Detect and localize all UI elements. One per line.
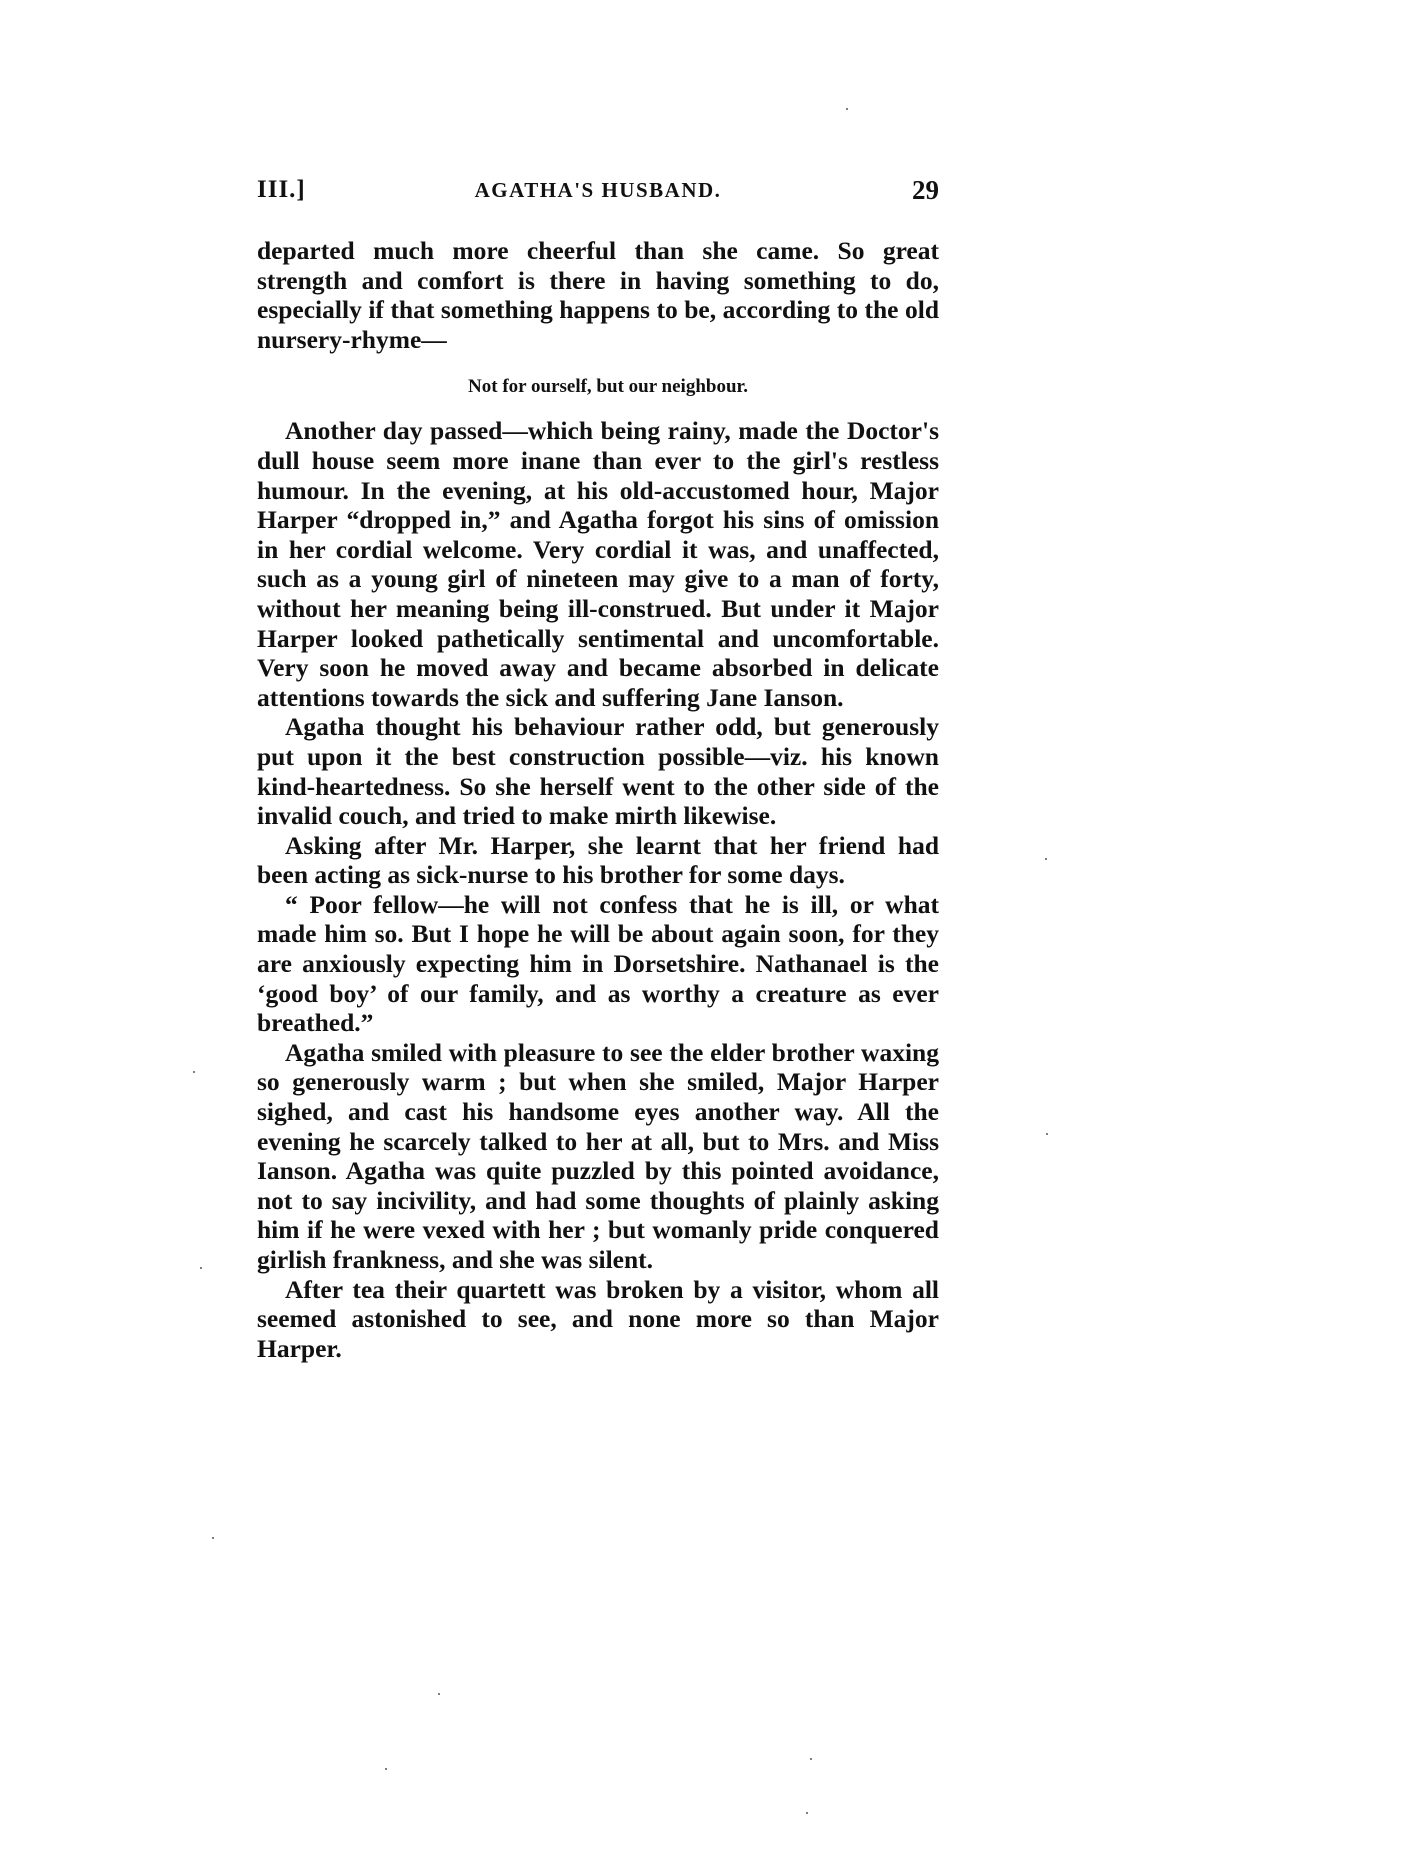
paragraph: Another day passed—which being rainy, ma… xyxy=(257,416,939,712)
page-number: 29 xyxy=(912,170,939,210)
scan-speck xyxy=(385,1768,387,1770)
scan-speck xyxy=(806,1812,808,1814)
scan-speck xyxy=(212,1537,214,1539)
running-title: AGATHA'S HUSBAND. xyxy=(257,170,939,210)
scan-speck xyxy=(200,1267,202,1269)
scan-speck xyxy=(193,1071,195,1073)
paragraph: “ Poor fellow—he will not confess that h… xyxy=(257,890,939,1038)
paragraph: Agatha smiled with pleasure to see the e… xyxy=(257,1038,939,1275)
scan-speck xyxy=(810,1758,812,1760)
verse-quotation: Not for ourself, but our neighbour. xyxy=(257,374,939,400)
scan-speck xyxy=(438,1693,440,1695)
scan-speck xyxy=(1045,858,1047,860)
paragraph: After tea their quartett was broken by a… xyxy=(257,1275,939,1364)
running-head: III.] AGATHA'S HUSBAND. 29 xyxy=(257,170,939,210)
paragraph: departed much more cheerful than she cam… xyxy=(257,236,939,354)
paragraph: Agatha thought his behaviour rather odd,… xyxy=(257,712,939,830)
paragraph: Asking after Mr. Harper, she learnt that… xyxy=(257,831,939,890)
scan-speck xyxy=(1046,1133,1048,1135)
scan-speck xyxy=(846,108,848,110)
book-page: III.] AGATHA'S HUSBAND. 29 departed much… xyxy=(257,170,939,1363)
body-text: departed much more cheerful than she cam… xyxy=(257,236,939,1363)
